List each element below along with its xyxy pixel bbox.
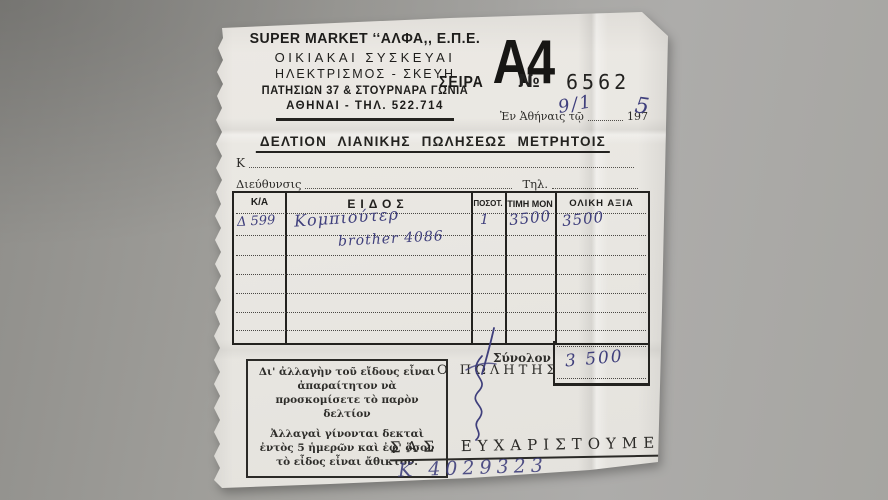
table-row-line (236, 255, 646, 256)
col-header-qty: ΠΟΣΟΤ. (471, 199, 505, 208)
store-name: SUPER MARKET ‘‘ΑΛΦΑ,, Ε.Π.Ε. (246, 30, 485, 47)
receipt-paper-wrap: SUPER MARKET ‘‘ΑΛΦΑ,, Ε.Π.Ε. ΟΙΚΙΑΚΑΙ ΣΥ… (210, 10, 670, 492)
date-dotted-leader (588, 120, 623, 121)
table-divider-4 (555, 193, 557, 343)
items-table: Κ/Α ΕΙΔΟΣ ΠΟΣΟΤ. ΤΙΜΗ ΜΟΝ ΟΛΙΚΗ ΑΞΙΑ Δ 5… (232, 191, 650, 345)
entry-total-value: 3500 (561, 208, 605, 230)
address-line: Διεύθυνσις Τηλ. (236, 177, 638, 191)
customer-dotted-leader (249, 167, 634, 168)
phone-dotted-leader (552, 188, 638, 189)
handwritten-bottom-code: Κ 4029323 (398, 454, 549, 481)
photo-of-receipt: SUPER MARKET ‘‘ΑΛΦΑ,, Ε.Π.Ε. ΟΙΚΙΑΚΑΙ ΣΥ… (0, 0, 888, 500)
col-header-ka: Κ/Α (234, 197, 285, 208)
table-divider-2 (471, 193, 473, 343)
numero-symbol: № (518, 71, 540, 92)
entry-ka: Δ 599 (237, 213, 276, 230)
entry-unit-price: 3500 (508, 207, 552, 229)
table-row-line (236, 330, 646, 331)
entry-qty: 1 (480, 212, 489, 228)
phone-label: Τηλ. (522, 177, 548, 191)
handwritten-year-digit: 5 (633, 93, 650, 120)
total-box-dotted-line (557, 378, 646, 379)
table-divider-3 (505, 193, 507, 343)
table-row-line (236, 312, 646, 313)
store-subtitle-1: ΟΙΚΙΑΚΑΙ ΣΥΣΚΕΥΑΙ (238, 50, 492, 65)
handwritten-total: 3 500 (564, 346, 624, 371)
header-rule (276, 118, 454, 121)
customer-label: Κ (236, 156, 245, 170)
series-label: ΣΕΙΡΑ (439, 74, 484, 92)
receipt-paper: SUPER MARKET ‘‘ΑΛΦΑ,, Ε.Π.Ε. ΟΙΚΙΑΚΑΙ ΣΥ… (210, 10, 670, 492)
store-city-phone: ΑΘΗΝΑΙ - ΤΗΛ. 522.714 (238, 100, 492, 112)
address-dotted-leader (305, 188, 512, 189)
table-divider-1 (285, 193, 287, 343)
total-box: 3 500 (553, 341, 650, 386)
address-label: Διεύθυνσις (236, 177, 301, 191)
seller-signature (446, 326, 520, 444)
receipt-number: 6562 (566, 70, 630, 94)
total-box-dotted-line (557, 346, 646, 347)
notice-paragraph-1: Δι' ἀλλαγὴν τοῦ εἴδους εἶναι ἀπαραίτητον… (255, 366, 439, 421)
document-title: ΔΕΛΤΙΟΝ ΛΙΑΝΙΚΗΣ ΠΩΛΗΣΕΩΣ ΜΕΤΡΗΤΟΙΣ (256, 134, 610, 153)
customer-line: Κ (236, 156, 638, 170)
table-row-line (236, 293, 646, 294)
table-row-line (236, 274, 646, 275)
entry-item-line2: brother 4086 (338, 228, 444, 250)
